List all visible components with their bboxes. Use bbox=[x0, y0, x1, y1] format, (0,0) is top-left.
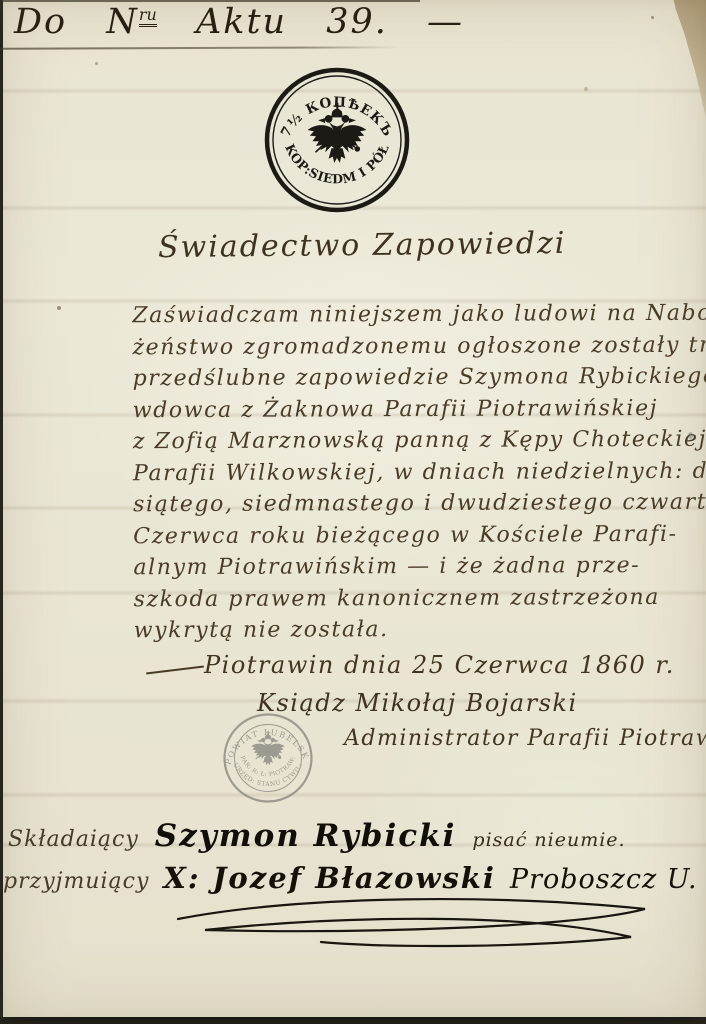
torn-corner bbox=[654, 0, 706, 118]
attestation-declarant-note: pisać nieumie. bbox=[472, 829, 625, 851]
scan-edge-bottom bbox=[0, 1017, 706, 1024]
attestation-declarant: Składaiący Szymon Rybicki pisać nieumie. bbox=[8, 818, 626, 854]
body-line: szkoda prawem kanonicznem zastrzeżona bbox=[133, 581, 706, 615]
attestation-officiant-label: przyjmuiący bbox=[3, 869, 149, 894]
pen-dash bbox=[146, 665, 204, 674]
paper-speck bbox=[57, 306, 61, 310]
body-line: żeństwo zgromadzonemu ogłoszone zostały … bbox=[132, 329, 706, 363]
paper-speck bbox=[95, 62, 98, 65]
dateline: Piotrawin dnia 25 Czerwca 1860 r. bbox=[204, 651, 675, 679]
attestation-declarant-label: Składaiący bbox=[8, 827, 139, 852]
header-superscript: ru bbox=[139, 5, 157, 27]
body-line: wdowca z Żaknowa Parafii Piotrawińskiej bbox=[133, 392, 706, 426]
body-line: Zaświadczam niniejszem jako ludowi na Na… bbox=[132, 298, 706, 332]
header-underline bbox=[0, 46, 398, 49]
body-line: Parafii Wilkowskiej, w dniach niedzielny… bbox=[133, 455, 706, 489]
parish-seal: POWIAT LUBELSKI URZĘD: STANU CYWIL: PAR:… bbox=[222, 712, 314, 804]
header-number: Nru bbox=[106, 2, 157, 42]
signature-priest-title: Administrator Parafii Piotraw. bbox=[344, 726, 706, 751]
header-act-reference: Do Nru Aktu 39. — bbox=[14, 2, 464, 42]
certificate-body: Zaświadczam niniejszem jako ludowi na Na… bbox=[132, 298, 706, 647]
header-rest: Aktu 39. — bbox=[196, 2, 464, 42]
attestation-declarant-name: Szymon Rybicki bbox=[155, 818, 457, 854]
document-title: Świadectwo Zapowiedzi bbox=[158, 226, 567, 265]
body-line: wykrytą nie została. bbox=[134, 613, 706, 647]
paper-crease bbox=[0, 792, 706, 798]
revenue-stamp: 7½ КОПѢЕКЪ KOP:SIEDM I PÓŁ bbox=[263, 66, 411, 214]
body-line: alnym Piotrawińskim — i że żadna prze- bbox=[133, 550, 706, 584]
document-page: Do Nru Aktu 39. — 7½ КОПѢЕКЪ KOP:SIEDM I… bbox=[0, 0, 706, 1024]
header-do: Do bbox=[14, 2, 67, 42]
paper-speck bbox=[651, 16, 654, 19]
paper-speck bbox=[584, 87, 588, 91]
body-line: siątego, siedmnastego i dwudziestego czw… bbox=[133, 487, 706, 521]
body-line: przedślubne zapowiedzie Szymona Rybickie… bbox=[133, 361, 706, 395]
signature-flourish bbox=[163, 889, 668, 961]
body-line: z Zofią Marznowską panną z Kępy Chotecki… bbox=[133, 424, 706, 458]
body-line: Czerwca roku bieżącego w Kościele Parafi… bbox=[133, 518, 706, 552]
